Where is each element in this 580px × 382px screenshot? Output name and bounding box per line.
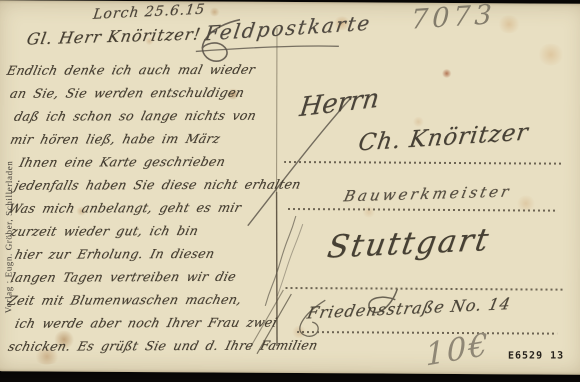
message-line: hier zur Erholung. In diesen [12,242,293,266]
message-body: Endlich denke ich auch mal wiederan Sie,… [7,58,290,358]
message-line: ich werde aber noch Ihrer Frau zwei [13,311,294,335]
message-line: jedenfalls haben Sie diese nicht erhalte… [12,173,293,197]
age-spot [537,43,565,65]
scanned-photo-background: Lorch 25.6.15 Feldpostkarte 7073 Gl. Her… [0,0,580,382]
message-line: mir hören ließ, habe im März [8,127,293,151]
address-dotted-line [297,331,557,334]
age-spot [209,7,220,16]
message-line: langen Tagen vertreiben wir die [8,265,293,289]
message-line: daß ich schon so lange nichts von [12,104,293,128]
address-name: Ch. Knöritzer [357,121,530,155]
address-street: Friedensstraße No. 14 [306,296,513,322]
stock-number: E6529 13 [508,350,564,361]
postcard: Lorch 25.6.15 Feldpostkarte 7073 Gl. Her… [0,0,580,375]
address-salutation: Herrn [298,85,381,121]
age-spot [497,15,521,33]
message-line: Endlich denke ich auch mal wieder [4,58,292,82]
catalog-number-pencil: 7073 [411,1,497,34]
date-handwritten: Lorch 25.6.15 [92,2,206,21]
message-line: Ihnen eine Karte geschrieben [17,150,293,174]
message-line: Zeit mit Blumenwaschen machen, [5,288,293,312]
card-type-title: Feldpostkarte [204,13,373,44]
message-greeting: Gl. Herr Knöritzer! [25,26,202,47]
message-line: zurzeit wieder gut, ich bin [8,219,293,243]
title-underline [196,45,339,52]
address-dotted-line [285,287,563,290]
price-pencil: 10€ [425,329,490,371]
message-line: Was mich anbelangt, geht es mir [6,196,293,220]
publisher-imprint: Verlag : Eugn. Gröber, Schillerladen [3,161,14,314]
address-dotted-line [288,208,556,211]
age-spot [442,69,452,78]
message-line: schicken. Es grüßt Sie und d. Ihre Famil… [6,334,294,358]
address-profession: Bauwerkmeister [342,184,513,204]
message-line: an Sie, Sie werden entschuldigen [8,81,293,105]
address-dotted-line [284,161,562,164]
address-city: Stuttgart [325,225,492,264]
